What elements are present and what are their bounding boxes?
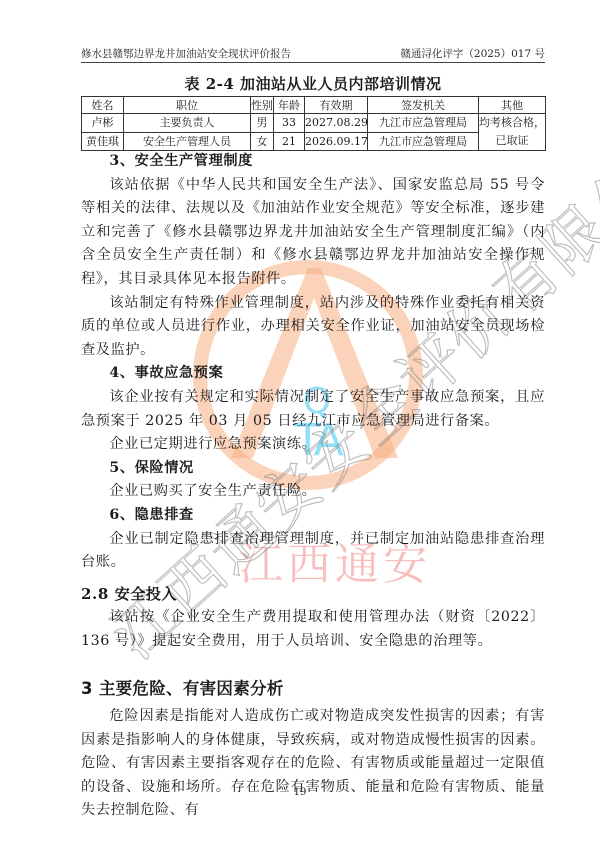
document-page: 修水县赣鄂边界龙井加油站安全现状评价报告 赣通浔化评字（2025）017 号 表… <box>0 0 600 849</box>
cell-other-merged: 均考核合格，已取证 <box>479 114 546 151</box>
col-header-age: 年龄 <box>274 97 305 114</box>
col-header-position: 职位 <box>124 97 251 114</box>
body-content: 3、安全生产管理制度 该站依据《中华人民共和国安全生产法》、国家安监总局 55 … <box>81 150 545 823</box>
cell-issuer: 九江市应急管理局 <box>368 132 479 151</box>
col-header-gender: 性别 <box>251 97 274 114</box>
subsection-heading: 4、事故应急预案 <box>81 362 545 386</box>
col-header-validity: 有效期 <box>305 97 368 114</box>
cell-gender: 女 <box>251 132 274 151</box>
col-header-name: 姓名 <box>82 97 124 114</box>
header-report-title: 修水县赣鄂边界龙井加油站安全现状评价报告 <box>81 47 291 62</box>
paragraph: 该企业按有关规定和实际情况制定了安全生产事故应急预案，且应急预案于 2025 年… <box>81 386 545 433</box>
paragraph: 该站制定有特殊作业管理制度，站内涉及的特殊作业委托有相关资质的单位或人员进行作业… <box>81 292 545 363</box>
cell-validity: 2026.09.17 <box>305 132 368 151</box>
training-table: 姓名 职位 性别 年龄 有效期 签发机关 其他 卢彬 主要负责人 男 33 20… <box>81 96 546 151</box>
cell-validity: 2027.08.29 <box>305 114 368 133</box>
table-header-row: 姓名 职位 性别 年龄 有效期 签发机关 其他 <box>82 97 546 114</box>
subsection-heading: 5、保险情况 <box>81 457 545 481</box>
table-caption: 表 2-4 加油站从业人员内部培训情况 <box>81 74 545 94</box>
cell-position: 主要负责人 <box>124 114 251 133</box>
header-report-number: 赣通浔化评字（2025）017 号 <box>400 47 545 62</box>
col-header-issuer: 签发机关 <box>368 97 479 114</box>
paragraph: 企业已定期进行应急预案演练。 <box>81 433 545 457</box>
paragraph: 该站依据《中华人民共和国安全生产法》、国家安监总局 55 号令等相关的法律、法规… <box>81 174 545 292</box>
chapter-heading: 3 主要危险、有害因素分析 <box>81 677 545 701</box>
cell-age: 33 <box>274 114 305 133</box>
paragraph: 企业已制定隐患排查治理管理制度，并已制定加油站隐患排查治理台账。 <box>81 528 545 575</box>
subsection-heading: 3、安全生产管理制度 <box>81 150 545 174</box>
subsection-heading: 6、隐患排查 <box>81 504 545 528</box>
cell-name: 卢彬 <box>82 114 124 133</box>
cell-age: 21 <box>274 132 305 151</box>
cell-gender: 男 <box>251 114 274 133</box>
cell-name: 黄佳琪 <box>82 132 124 151</box>
section-heading: 2.8 安全投入 <box>81 583 545 607</box>
cell-issuer: 九江市应急管理局 <box>368 114 479 133</box>
paragraph: 企业已购买了安全生产责任险。 <box>81 480 545 504</box>
cell-position: 安全生产管理人员 <box>124 132 251 151</box>
col-header-other: 其他 <box>479 97 546 114</box>
page-number: 19 <box>0 787 600 798</box>
paragraph: 该站按《企业安全生产费用提取和使用管理办法（财资〔2022〕136 号）》提起安… <box>81 606 545 653</box>
paragraph: 危险因素是指能对人造成伤亡或对物造成突发性损害的因素；有害因素是指影响人的身体健… <box>81 705 545 823</box>
table-row: 卢彬 主要负责人 男 33 2027.08.29 九江市应急管理局 均考核合格，… <box>82 114 546 133</box>
running-header: 修水县赣鄂边界龙井加油站安全现状评价报告 赣通浔化评字（2025）017 号 <box>81 47 545 63</box>
table-row: 黄佳琪 安全生产管理人员 女 21 2026.09.17 九江市应急管理局 <box>82 132 546 151</box>
